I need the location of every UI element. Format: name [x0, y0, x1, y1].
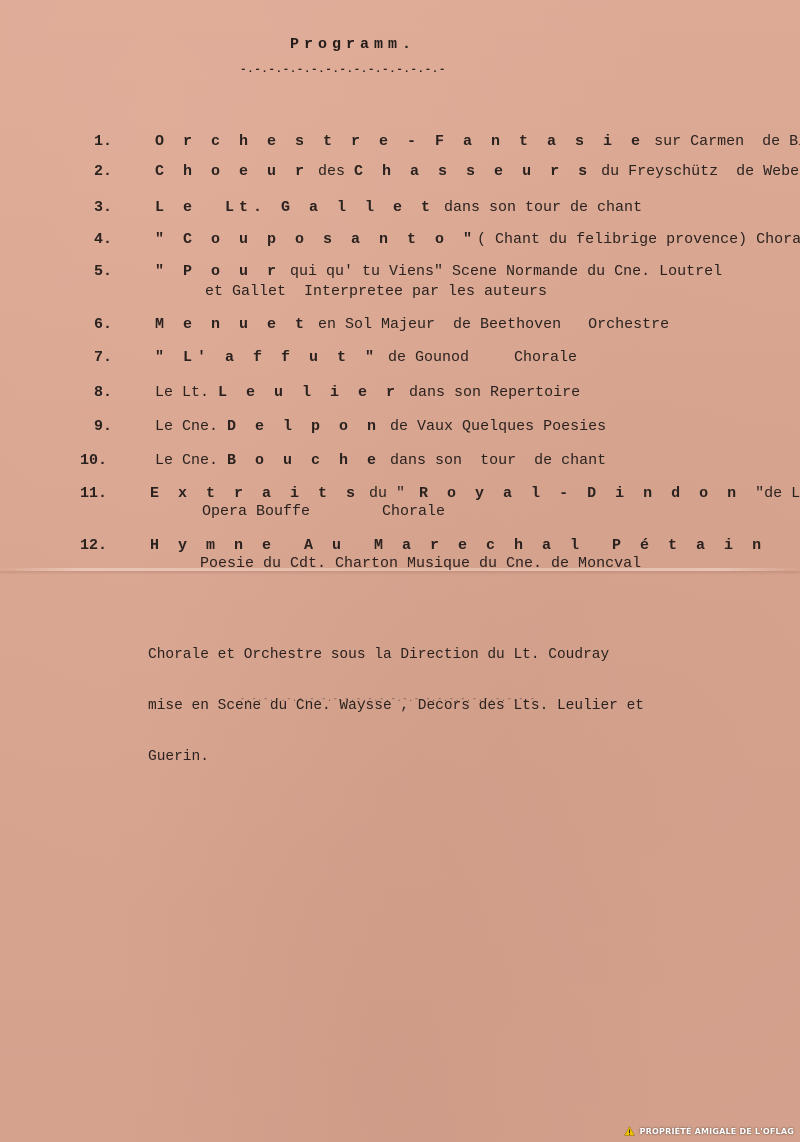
item-title: H y m n e A u M a r e c h a l P é t a i … [150, 537, 766, 554]
item-title: R o y a l - D i n d o n [405, 485, 755, 502]
item-detail: du " [360, 485, 405, 502]
item-title: L e Lt. G a l l e t [155, 199, 435, 216]
item-title: " L' a f f u t " [155, 349, 379, 366]
item-detail: dans son tour de chant [435, 199, 642, 216]
item-text-line-2: Poesie du Cdt. Charton Musique du Cne. d… [200, 555, 641, 572]
item-detail: Le Cne. [155, 452, 227, 469]
item-detail: Le Lt. [155, 384, 218, 401]
item-title: M e n u e t [155, 316, 309, 333]
item-text: Le Cne. D e l p o n de Vaux Quelques Poe… [155, 418, 606, 435]
credits-line-1: Chorale et Orchestre sous la Direction d… [148, 647, 644, 664]
item-text: " C o u p o s a n t o "( Chant du felibr… [155, 231, 800, 248]
item-detail: dans son tour de chant [381, 452, 606, 469]
item-number: 1. [94, 133, 112, 150]
item-number: 9. [94, 418, 112, 435]
closing-rule: -.-.-.-.-.-.-.-.-.-.-.-.-.-.-.-.-.-.-.-.… [240, 695, 536, 704]
item-number: 11. [80, 485, 107, 502]
title-underline-rule: -.-.-.-.-.-.-.-.-.-.-.-.-.-.- [240, 64, 446, 76]
item-title: " C o u p o s a n t o " [155, 231, 477, 248]
item-text: L e Lt. G a l l e t dans son tour de cha… [155, 199, 642, 216]
item-text: C h o e u r des C h a s s e u r s du Fre… [155, 163, 800, 180]
item-number: 8. [94, 384, 112, 401]
item-title: L e u l i e r [218, 384, 400, 401]
item-detail: ( Chant du felibrige provence) Chorale [477, 231, 800, 248]
item-number: 3. [94, 199, 112, 216]
document-title: Programm. [290, 36, 416, 53]
item-detail: "de Luigi Bordese [755, 485, 800, 502]
item-text: " L' a f f u t " de Gounod Chorale [155, 349, 577, 366]
item-text-line-2: et Gallet Interpretee par les auteurs [205, 283, 547, 300]
item-number: 4. [94, 231, 112, 248]
item-number: 10. [80, 452, 107, 469]
item-detail: de Vaux Quelques Poesies [381, 418, 606, 435]
item-text: M e n u e t en Sol Majeur de Beethoven O… [155, 316, 669, 333]
item-title: D e l p o n [227, 418, 381, 435]
item-title: " P o u r [155, 263, 281, 280]
item-detail: qui qu' tu Viens" Scene Normande du Cne.… [281, 263, 722, 280]
item-number: 5. [94, 263, 112, 280]
watermark: PROPRIÉTÉ AMIGALE DE L'OFLAG [624, 1126, 794, 1136]
item-title: E x t r a i t s [150, 485, 360, 502]
item-title: O r c h e s t r e - F a n t a s i e [155, 133, 645, 150]
item-detail: des [309, 163, 354, 180]
item-detail: du Freyschütz de Weber [592, 163, 800, 180]
item-detail: dans son Repertoire [400, 384, 580, 401]
item-number: 7. [94, 349, 112, 366]
credits-line-3: Guerin. [148, 749, 644, 766]
watermark-text: PROPRIÉTÉ AMIGALE DE L'OFLAG [640, 1127, 794, 1136]
item-detail: de Gounod Chorale [379, 349, 577, 366]
item-text: H y m n e A u M a r e c h a l P é t a i … [150, 537, 766, 554]
item-text: O r c h e s t r e - F a n t a s i e sur … [155, 133, 800, 150]
item-text: Le Cne. B o u c h e dans son tour de cha… [155, 452, 606, 469]
item-number: 2. [94, 163, 112, 180]
item-number: 6. [94, 316, 112, 333]
item-detail: Le Cne. [155, 418, 227, 435]
item-title: C h a s s e u r s [354, 163, 592, 180]
warning-icon [624, 1126, 635, 1136]
item-detail: sur Carmen de Bizet [645, 133, 800, 150]
item-title: B o u c h e [227, 452, 381, 469]
item-number: 12. [80, 537, 107, 554]
item-text: E x t r a i t s du " R o y a l - D i n d… [150, 485, 800, 502]
item-detail: en Sol Majeur de Beethoven Orchestre [309, 316, 669, 333]
item-title: C h o e u r [155, 163, 309, 180]
item-text: " P o u r qui qu' tu Viens" Scene Norman… [155, 263, 722, 280]
item-text: Le Lt. L e u l i e r dans son Repertoire [155, 384, 580, 401]
item-text-line-2: Opera Bouffe Chorale [202, 503, 445, 520]
